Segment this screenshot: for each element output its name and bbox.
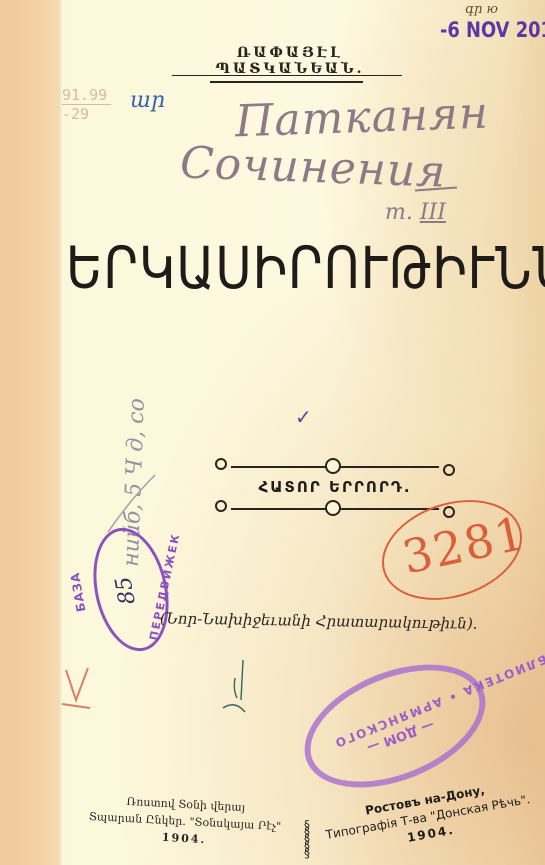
check-mark-icon: ✓ (295, 405, 312, 429)
shelf-mark-bottom: -29 (62, 105, 89, 123)
date-stamp: -6 NOV 201 (440, 18, 545, 42)
imprint-divider-icon: §§§§§ (304, 822, 312, 862)
spine-edge (58, 0, 62, 865)
book-title: ԵՐԿԱՍԻՐՈՒԹԻՒՆՆԵՐ (66, 234, 479, 302)
base-stamp-number: 85 (111, 575, 140, 607)
binding-spine (0, 0, 60, 865)
author-heading: ՌԱՓԱՅԷԼ ՊԱՏԿԱՆԵԱՆ. (170, 45, 410, 77)
handwritten-works: Сочинения (179, 137, 447, 197)
author-rule (172, 75, 402, 76)
flourish-icon (325, 458, 341, 474)
date-handwritten-note: գր ю (465, 2, 498, 17)
pen-doodle (215, 660, 275, 720)
volume-mark: т. (385, 200, 413, 225)
shelf-note: ար (130, 88, 165, 113)
ornament-top (215, 456, 455, 476)
handwritten-author: Патканян (234, 88, 490, 148)
scroll-icon (215, 458, 227, 470)
volume-number: III (420, 200, 446, 225)
red-pencil-mark (60, 660, 100, 710)
author-rule-thick (210, 81, 363, 83)
shelf-mark: 91.99 -29 (62, 86, 111, 123)
flourish-icon (325, 500, 341, 516)
scroll-icon (443, 464, 455, 476)
handwritten-volume: т. III (385, 200, 446, 225)
scroll-icon (215, 500, 227, 512)
volume-label: ՀԱՏՈՐ ԵՐՐՈՐԴ. (215, 478, 455, 496)
shelf-mark-top: 91.99 (62, 86, 111, 105)
